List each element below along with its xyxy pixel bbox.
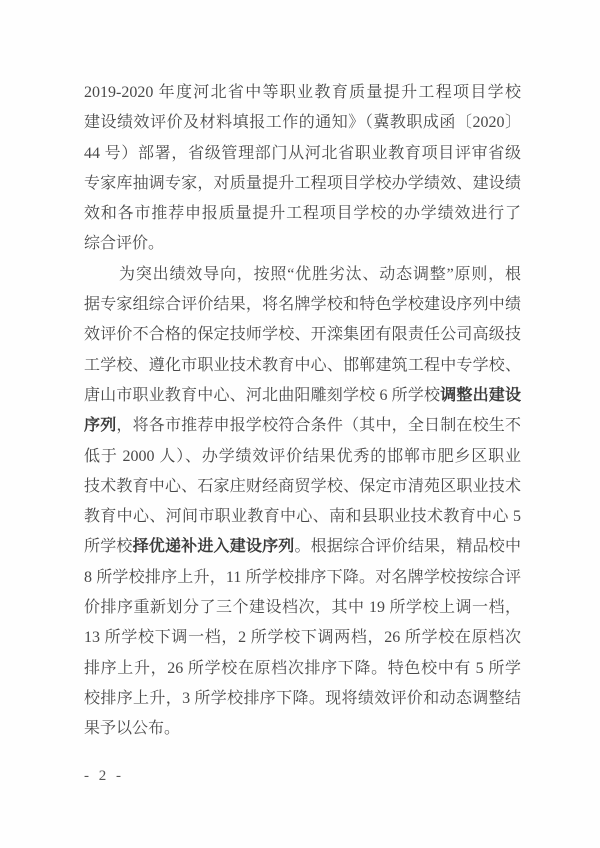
text-run: 13 所学校下调一档，2 所学校下调两档，26 所学校在原档次 <box>84 629 521 646</box>
text-run: 唐山市职业教育中心、河北曲阳雕刻学校 6 所学校 <box>84 387 440 404</box>
text-run: ，将各市推荐申报学校符合条件（其中，全日制在校生不 <box>116 417 521 434</box>
text-run: 8 所学校排序上升，11 所学校排序下降。对名牌学校按综合评 <box>84 569 521 586</box>
text-line: 专家库抽调专家，对质量提升工程项目学校办学绩效、建设绩 <box>84 169 521 199</box>
text-line: 技术教育中心、石家庄财经商贸学校、保定市清苑区职业技术 <box>84 472 521 502</box>
bold-text-run: 调整出建设 <box>440 387 521 404</box>
text-line: 2019-2020 年度河北省中等职业教育质量提升工程项目学校 <box>84 78 521 108</box>
text-line: 44 号）部署，省级管理部门从河北省职业教育项目评审省级 <box>84 139 521 169</box>
text-line: 据专家组综合评价结果，将名牌学校和特色学校建设序列中绩 <box>84 290 521 320</box>
text-run: 据专家组综合评价结果，将名牌学校和特色学校建设序列中绩 <box>84 296 521 313</box>
text-line: 排序上升，26 所学校在原档次排序下降。特色校中有 5 所学 <box>84 654 521 684</box>
text-line: 为突出绩效导向，按照“优胜劣汰、动态调整”原则，根 <box>84 260 521 290</box>
text-run: 低于 2000 人）、办学绩效评价结果优秀的邯郸市肥乡区职业 <box>84 448 521 465</box>
text-run: 所学校 <box>84 538 133 555</box>
text-run: 综合评价。 <box>84 235 164 252</box>
text-run: 。根据综合评价结果，精品校中 <box>294 538 520 555</box>
text-run: 校排序上升，3 所学校排序下降。现将绩效评价和动态调整结 <box>84 690 521 707</box>
text-line: 价排序重新划分了三个建设档次，其中 19 所学校上调一档， <box>84 593 521 623</box>
text-line: 综合评价。 <box>84 229 521 259</box>
text-run: 为突出绩效导向，按照“优胜劣汰、动态调整”原则，根 <box>119 266 521 283</box>
text-run: 2019-2020 年度河北省中等职业教育质量提升工程项目学校 <box>84 84 521 101</box>
text-run: 效评价不合格的保定技师学校、开滦集团有限责任公司高级技 <box>84 326 521 343</box>
text-line: 序列，将各市推荐申报学校符合条件（其中，全日制在校生不 <box>84 411 521 441</box>
text-line: 工学校、遵化市职业技术教育中心、邯郸建筑工程中专学校、 <box>84 351 521 381</box>
text-run: 排序上升，26 所学校在原档次排序下降。特色校中有 5 所学 <box>84 660 521 677</box>
text-run: 专家库抽调专家，对质量提升工程项目学校办学绩效、建设绩 <box>84 175 521 192</box>
text-line: 8 所学校排序上升，11 所学校排序下降。对名牌学校按综合评 <box>84 563 521 593</box>
text-run: 果予以公布。 <box>84 720 180 737</box>
text-line: 效评价不合格的保定技师学校、开滦集团有限责任公司高级技 <box>84 320 521 350</box>
text-run: 建设绩效评价及材料填报工作的通知》（冀教职成函〔2020〕 <box>84 114 521 131</box>
text-run: 技术教育中心、石家庄财经商贸学校、保定市清苑区职业技术 <box>84 478 521 495</box>
text-line: 建设绩效评价及材料填报工作的通知》（冀教职成函〔2020〕 <box>84 108 521 138</box>
bold-text-run: 序列 <box>84 417 116 434</box>
text-line: 校排序上升，3 所学校排序下降。现将绩效评价和动态调整结 <box>84 684 521 714</box>
text-run: 教育中心、河间市职业教育中心、南和县职业技术教育中心 5 <box>84 508 521 525</box>
text-run: 工学校、遵化市职业技术教育中心、邯郸建筑工程中专学校、 <box>84 357 521 374</box>
text-run: 价排序重新划分了三个建设档次，其中 19 所学校上调一档， <box>84 599 521 616</box>
text-run: 效和各市推荐申报质量提升工程项目学校的办学绩效进行了 <box>84 205 521 222</box>
text-line: 教育中心、河间市职业教育中心、南和县职业技术教育中心 5 <box>84 502 521 532</box>
text-run: 44 号）部署，省级管理部门从河北省职业教育项目评审省级 <box>84 145 521 162</box>
bold-text-run: 择优递补进入建设序列 <box>133 538 295 555</box>
document-body: 2019-2020 年度河北省中等职业教育质量提升工程项目学校建设绩效评价及材料… <box>84 78 521 745</box>
document-page: 2019-2020 年度河北省中等职业教育质量提升工程项目学校建设绩效评价及材料… <box>0 0 600 848</box>
text-line: 效和各市推荐申报质量提升工程项目学校的办学绩效进行了 <box>84 199 521 229</box>
text-line: 13 所学校下调一档，2 所学校下调两档，26 所学校在原档次 <box>84 623 521 653</box>
page-number: - 2 - <box>84 766 124 786</box>
text-line: 所学校择优递补进入建设序列。根据综合评价结果，精品校中 <box>84 532 521 562</box>
text-line: 唐山市职业教育中心、河北曲阳雕刻学校 6 所学校调整出建设 <box>84 381 521 411</box>
text-line: 低于 2000 人）、办学绩效评价结果优秀的邯郸市肥乡区职业 <box>84 442 521 472</box>
text-line: 果予以公布。 <box>84 714 521 744</box>
